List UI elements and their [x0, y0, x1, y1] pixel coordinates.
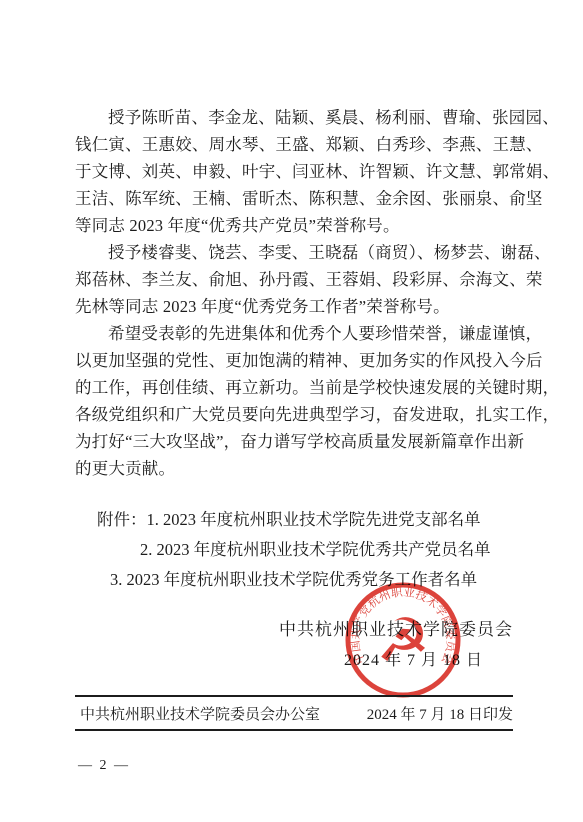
footer-row: 中共杭州职业技术学院委员会办公室 2024 年 7 月 18 日印发: [75, 703, 513, 724]
body-line: 郑蓓林、李兰友、俞旭、孙丹霞、王蓉娟、段彩屏、佘海文、荣: [75, 266, 513, 293]
footer-divider-bottom: [75, 729, 513, 731]
body-line: 的更大贡献。: [75, 455, 513, 482]
body-line: 先林等同志 2023 年度“优秀党务工作者”荣誉称号。: [75, 293, 513, 320]
body-line: 各级党组织和广大党员要向先进典型学习，奋发进取，扎实工作，: [75, 401, 513, 428]
footer-divider-top: [75, 695, 513, 697]
attachment-item-3: 3. 2023 年度杭州职业技术学院优秀党务工作者名单: [75, 565, 513, 595]
body-line: 以更加坚强的党性、更加饱满的精神、更加务实的作风投入今后: [75, 347, 513, 374]
body-line: 王洁、陈军统、王楠、雷昕杰、陈积慧、金余囡、张丽泉、俞坚: [75, 185, 513, 212]
seal-ring: [348, 585, 458, 695]
body-line: 为打好“三大攻坚战”，奋力谱写学校高质量发展新篇章作出新: [75, 428, 513, 455]
body-line: 的工作，再创佳绩、再立新功。当前是学校快速发展的关键时期，: [75, 374, 513, 401]
body-line: 授予楼睿斐、饶芸、李雯、王晓磊（商贸）、杨梦芸、谢磊、: [75, 239, 513, 266]
footer-print-date: 2024 年 7 月 18 日印发: [367, 703, 513, 724]
footer-issuer: 中共杭州职业技术学院委员会办公室: [75, 703, 320, 724]
signature-date: 2024 年 7 月 18 日: [344, 647, 483, 670]
attachment-item-1: 附件：1. 2023 年度杭州职业技术学院先进党支部名单: [75, 505, 513, 535]
body-line: 于文博、刘英、申毅、叶宇、闫亚林、许智颖、许文慧、郭常娟、: [75, 158, 513, 185]
body-line: 等同志 2023 年度“优秀共产党员”荣誉称号。: [75, 212, 513, 239]
official-document-page: 授予陈昕苗、李金龙、陆颖、奚晨、杨利丽、曹瑜、张园园、 钱仁寅、王惠姣、周水琴、…: [0, 0, 583, 822]
body-line: 希望受表彰的先进集体和优秀个人要珍惜荣誉，谦虚谨慎，: [75, 320, 513, 347]
attachment-item-2: 2. 2023 年度杭州职业技术学院优秀共产党员名单: [75, 535, 513, 565]
body-line: 钱仁寅、王惠姣、周水琴、王盛、郑颖、白秀珍、李燕、王慧、: [75, 131, 513, 158]
document-body: 授予陈昕苗、李金龙、陆颖、奚晨、杨利丽、曹瑜、张园园、 钱仁寅、王惠姣、周水琴、…: [75, 104, 513, 482]
attachment-list: 附件：1. 2023 年度杭州职业技术学院先进党支部名单 2. 2023 年度杭…: [75, 505, 513, 595]
signature-committee-name: 中共杭州职业技术学院委员会: [279, 615, 513, 640]
body-line: 授予陈昕苗、李金龙、陆颖、奚晨、杨利丽、曹瑜、张园园、: [75, 104, 513, 131]
page-number: — 2 —: [78, 758, 130, 774]
